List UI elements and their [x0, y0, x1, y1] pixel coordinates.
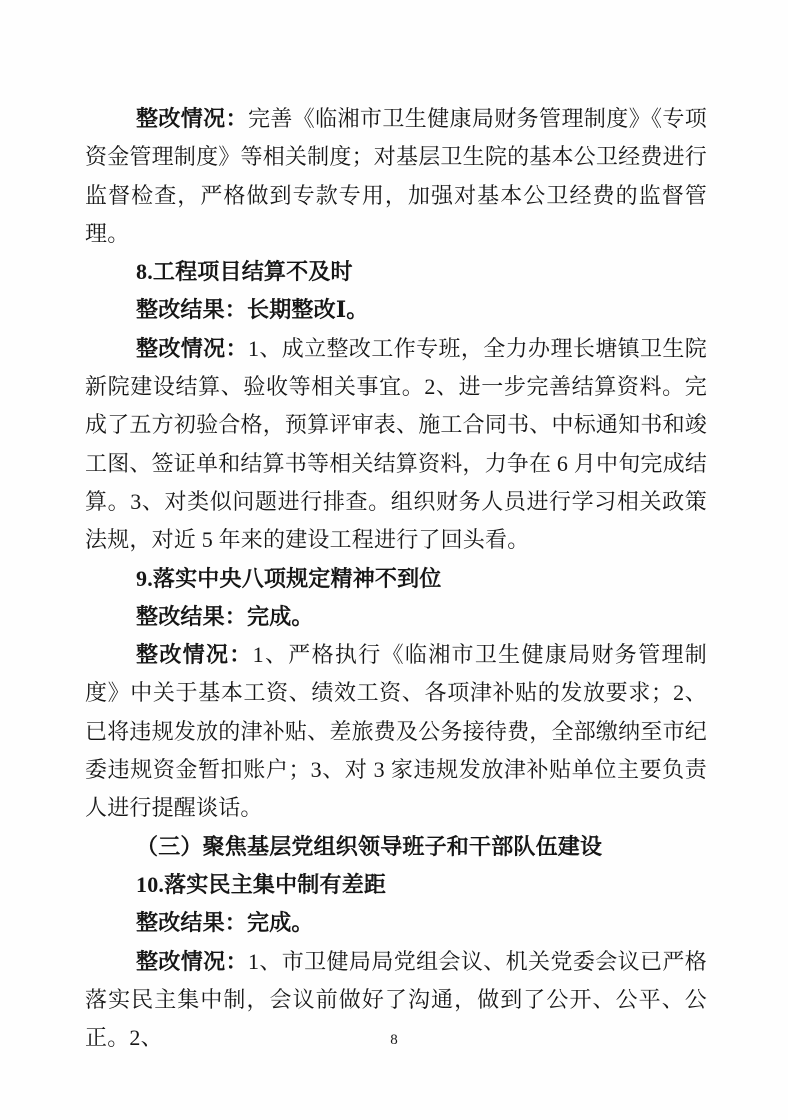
result-line: 整改结果：完成。 — [85, 904, 707, 942]
section-heading: 9.落实中央八项规定精神不到位 — [85, 560, 707, 598]
paragraph-label: 整改结果： — [136, 604, 247, 629]
result-line: 整改结果：长期整改Ⅰ。 — [85, 291, 707, 329]
body-paragraph: 整改情况：1、成立整改工作专班，全力办理长塘镇卫生院新院建设结算、验收等相关事宜… — [85, 330, 707, 560]
document-body: 整改情况：完善《临湘市卫生健康局财务管理制度》《专项资金管理制度》等相关制度；对… — [85, 100, 707, 1057]
document-page: 整改情况：完善《临湘市卫生健康局财务管理制度》《专项资金管理制度》等相关制度；对… — [0, 0, 788, 1120]
paragraph-label: 整改结果： — [136, 297, 247, 322]
result-line: 整改结果：完成。 — [85, 598, 707, 636]
paragraph-text: 1、严格执行《临湘市卫生健康局财务管理制度》中关于基本工资、绩效工资、各项津补贴… — [85, 642, 707, 820]
paragraph-label: 整改情况： — [136, 336, 248, 361]
paragraph-text: 完成。 — [247, 604, 314, 629]
paragraph-label: 整改情况： — [136, 106, 248, 131]
paragraph-label: 整改结果： — [136, 910, 247, 935]
paragraph-text: 1、成立整改工作专班，全力办理长塘镇卫生院新院建设结算、验收等相关事宜。2、进一… — [85, 336, 707, 552]
paragraph-label: 整改情况： — [136, 949, 248, 974]
paragraph-text: 长期整改Ⅰ。 — [247, 297, 369, 322]
paragraph-label: 整改情况： — [136, 642, 253, 667]
body-paragraph: 整改情况：完善《临湘市卫生健康局财务管理制度》《专项资金管理制度》等相关制度；对… — [85, 100, 707, 253]
page-number: 8 — [0, 1032, 788, 1049]
paragraph-text: 完成。 — [247, 910, 314, 935]
section-heading: 10.落实民主集中制有差距 — [85, 866, 707, 904]
section-heading: （三）聚焦基层党组织领导班子和干部队伍建设 — [85, 828, 707, 866]
body-paragraph: 整改情况：1、严格执行《临湘市卫生健康局财务管理制度》中关于基本工资、绩效工资、… — [85, 636, 707, 827]
section-heading: 8.工程项目结算不及时 — [85, 253, 707, 291]
